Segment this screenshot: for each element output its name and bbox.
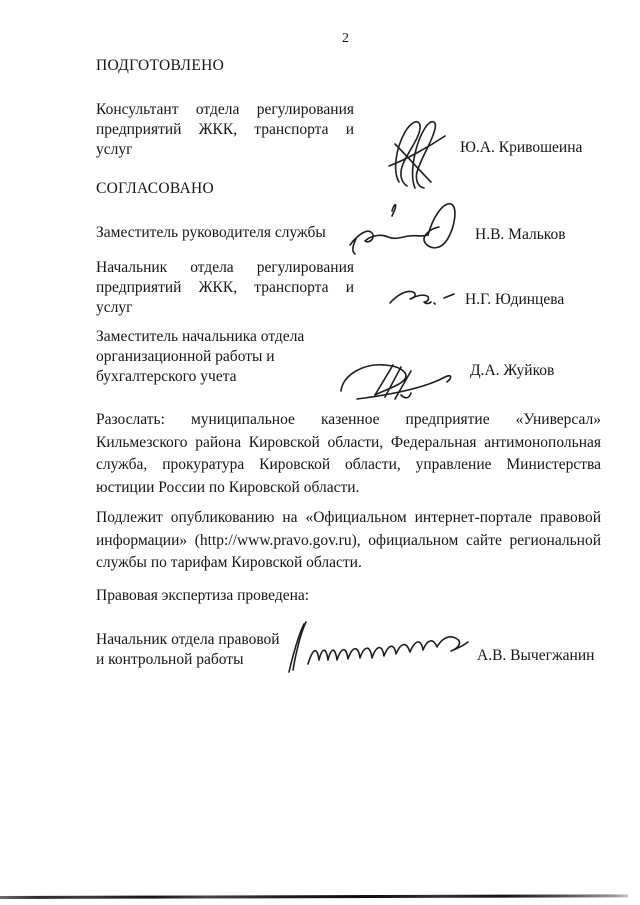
signatory-name-vychegzhanin: А.В. Вычегжанин (477, 647, 594, 665)
signatory-name-yudintseva: Н.Г. Юдинцева (465, 291, 564, 309)
signatory-title-malkov: Заместитель руководителя службы (96, 223, 376, 243)
signatory-title-krivosheina: Консультант отдела регулирования предпри… (96, 100, 354, 160)
agreed-heading: СОГЛАСОВАНО (96, 180, 214, 198)
scan-edge-artifact (0, 894, 628, 899)
prepared-heading: ПОДГОТОВЛЕНО (96, 57, 224, 75)
document-page: 2 ПОДГОТОВЛЕНО Консультант отдела регули… (0, 0, 640, 905)
signatory-title-zhuikov: Заместитель начальника отдела организаци… (96, 327, 336, 387)
signature-malkov (348, 199, 464, 255)
signature-zhuikov (335, 355, 457, 403)
signature-krivosheina (385, 116, 449, 192)
signatory-name-malkov: Н.В. Мальков (475, 226, 566, 244)
signature-vychegzhanin (280, 618, 472, 674)
signatory-name-zhuikov: Д.А. Жуйков (470, 362, 554, 380)
signatory-name-krivosheina: Ю.А. Кривошеина (460, 139, 582, 157)
page-number: 2 (342, 31, 349, 47)
distribution-paragraph: Разослать: муниципальное казенное предпр… (96, 409, 601, 499)
publication-paragraph: Подлежит опубликованию на «Официальном и… (96, 507, 601, 575)
signatory-title-yudintseva: Начальник отдела регулирования предприят… (96, 258, 354, 318)
expertise-label: Правовая экспертиза проведена: (96, 586, 416, 606)
signature-yudintseva (388, 286, 458, 308)
